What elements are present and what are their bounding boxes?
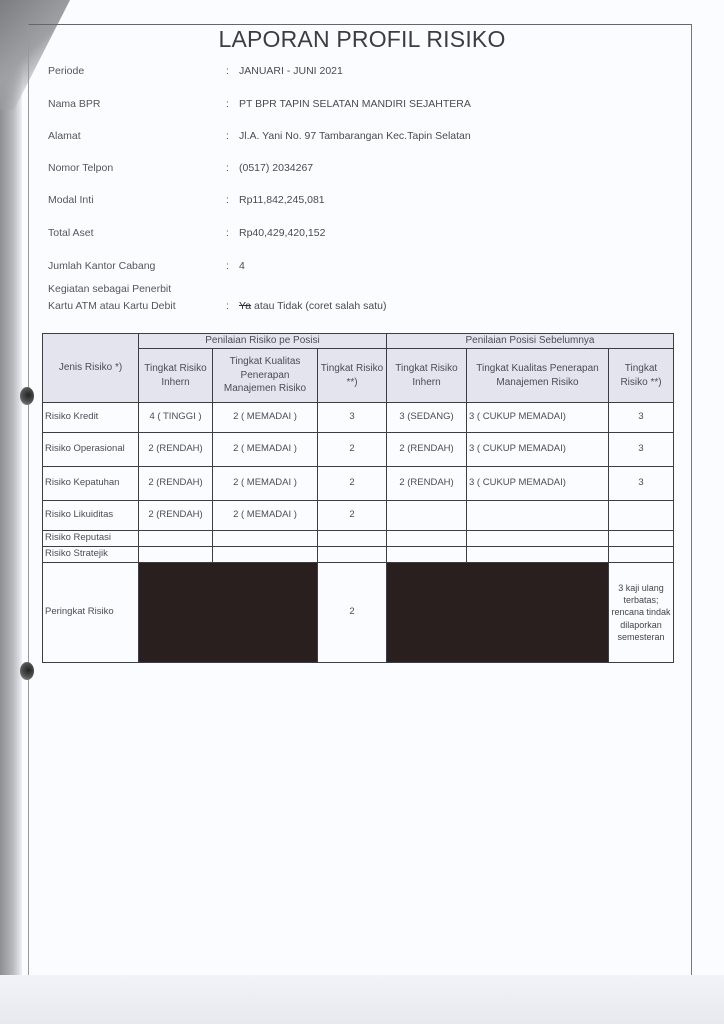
cur-kpmr: 2 ( MEMADAI ) [213,433,318,467]
header-prev-tingkat: Tingkat Risiko **) [609,349,674,403]
info-label: Kartu ATM atau Kartu Debit [48,300,176,312]
cur-tingkat: 3 [318,403,387,433]
info-label: Jumlah Kantor Cabang [48,260,155,272]
header-cur-inheren: Tingkat Risiko Inhern [139,349,213,403]
info-label: Kegiatan sebagai Penerbit [48,283,171,295]
table-row: Risiko Likuiditas 2 (RENDAH) 2 ( MEMADAI… [43,501,674,531]
prev-tingkat: 3 [609,403,674,433]
info-colon: : [226,162,229,174]
redacted-block [139,563,318,663]
document-title: LAPORAN PROFIL RISIKO [0,26,724,53]
info-label: Total Aset [48,227,94,239]
header-prev-inheren: Tingkat Risiko Inhern [387,349,467,403]
cur-tingkat [318,547,387,563]
info-label: Alamat [48,130,81,142]
prev-inheren: 2 (RENDAH) [387,467,467,501]
redacted-block [387,563,609,663]
risk-name: Risiko Operasional [43,433,139,467]
info-colon: : [226,194,229,206]
cur-kpmr [213,531,318,547]
cur-tingkat: 2 [318,501,387,531]
cur-inheren [139,547,213,563]
prev-inheren [387,501,467,531]
table-row: Risiko Kepatuhan 2 (RENDAH) 2 ( MEMADAI … [43,467,674,501]
header-cur-tingkat: Tingkat Risiko **) [318,349,387,403]
prev-inheren [387,547,467,563]
prev-inheren: 3 (SEDANG) [387,403,467,433]
header-group-current: Penilaian Risiko pe Posisi [139,334,387,349]
info-colon: : [226,227,229,239]
table-row: Risiko Stratejik [43,547,674,563]
punch-hole-icon [20,662,34,680]
table-row-peringkat: Peringkat Risiko 2 3 kaji ulang terbatas… [43,563,674,663]
prev-tingkat [609,547,674,563]
prev-kpmr: 3 ( CUKUP MEMADAI) [467,433,609,467]
info-colon: : [226,260,229,272]
info-value: 4 [239,260,245,272]
option-text: atau Tidak (coret salah satu) [251,300,386,312]
punch-hole-icon [20,387,34,405]
prev-kpmr [467,547,609,563]
prev-tingkat: 3 [609,467,674,501]
scan-bottom-band [0,975,724,1024]
prev-inheren: 2 (RENDAH) [387,433,467,467]
cur-tingkat: 2 [318,433,387,467]
info-value: Rp11,842,245,081 [239,194,325,206]
info-label: Modal Inti [48,194,94,206]
prev-kpmr: 3 ( CUKUP MEMADAI) [467,467,609,501]
info-value: Jl.A. Yani No. 97 Tambarangan Kec.Tapin … [239,130,471,142]
info-value: PT BPR TAPIN SELATAN MANDIRI SEJAHTERA [239,98,471,110]
scan-shadow [0,0,22,1024]
table-row: Risiko Kredit 4 ( TINGGI ) 2 ( MEMADAI )… [43,403,674,433]
info-colon: : [226,300,229,312]
risk-name: Risiko Kepatuhan [43,467,139,501]
prev-inheren [387,531,467,547]
cur-kpmr: 2 ( MEMADAI ) [213,501,318,531]
cur-inheren: 2 (RENDAH) [139,467,213,501]
info-label: Periode [48,65,84,77]
prev-tingkat [609,531,674,547]
cur-tingkat [318,531,387,547]
info-label: Nomor Telpon [48,162,113,174]
prev-kpmr: 3 ( CUKUP MEMADAI) [467,403,609,433]
header-cur-kpmr: Tingkat Kualitas Penerapan Manajemen Ris… [213,349,318,403]
cur-inheren: 4 ( TINGGI ) [139,403,213,433]
header-prev-kpmr: Tingkat Kualitas Penerapan Manajemen Ris… [467,349,609,403]
cur-inheren: 2 (RENDAH) [139,433,213,467]
cur-kpmr: 2 ( MEMADAI ) [213,467,318,501]
info-colon: : [226,130,229,142]
struck-option: Ya [239,300,251,312]
header-group-previous: Penilaian Posisi Sebelumnya [387,334,674,349]
info-label: Nama BPR [48,98,101,110]
risk-name: Risiko Stratejik [43,547,139,563]
prev-tingkat [609,501,674,531]
cur-tingkat: 2 [318,467,387,501]
cur-tingkat: 2 [318,563,387,663]
info-value: Ya atau Tidak (coret salah satu) [239,300,386,312]
info-value: Rp40,429,420,152 [239,227,325,239]
prev-kpmr [467,531,609,547]
info-value: JANUARI - JUNI 2021 [239,65,343,77]
header-jenis-risiko: Jenis Risiko *) [43,334,139,403]
prev-tingkat-note: 3 kaji ulang terbatas; rencana tindak di… [609,563,674,663]
cur-kpmr: 2 ( MEMADAI ) [213,403,318,433]
table-row: Risiko Operasional 2 (RENDAH) 2 ( MEMADA… [43,433,674,467]
risk-profile-table: Jenis Risiko *) Penilaian Risiko pe Posi… [42,333,674,663]
info-value: (0517) 2034267 [239,162,313,174]
cur-inheren [139,531,213,547]
table-row: Risiko Reputasi [43,531,674,547]
info-colon: : [226,65,229,77]
risk-name: Peringkat Risiko [43,563,139,663]
prev-kpmr [467,501,609,531]
cur-kpmr [213,547,318,563]
risk-name: Risiko Reputasi [43,531,139,547]
cur-inheren: 2 (RENDAH) [139,501,213,531]
prev-tingkat: 3 [609,433,674,467]
info-colon: : [226,98,229,110]
risk-name: Risiko Kredit [43,403,139,433]
risk-name: Risiko Likuiditas [43,501,139,531]
